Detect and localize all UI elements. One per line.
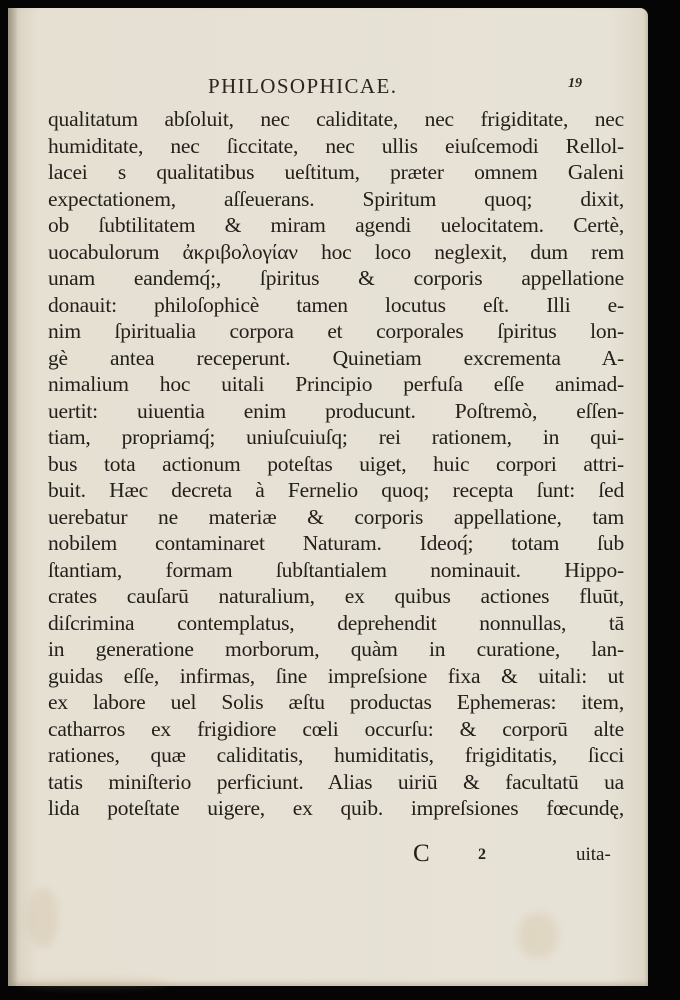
text-line: catharros ex frigidiore cœli occurſu: & … bbox=[48, 716, 624, 743]
text-line: tatis miniſterio perficiunt. Alias uiriū… bbox=[48, 769, 624, 796]
text-line: humiditate, nec ſiccitate, nec ullis eiu… bbox=[48, 133, 624, 160]
page-footer: C 2 uita- bbox=[8, 840, 648, 870]
text-line: nim ſpiritualia corpora et corporales ſp… bbox=[48, 318, 624, 345]
text-line: uertit: uiuentia enim producunt. Poſtrem… bbox=[48, 398, 624, 425]
text-line: expectationem, aſſeuerans. Spiritum quoq… bbox=[48, 186, 624, 213]
text-line: uerebatur ne materiæ & corporis appellat… bbox=[48, 504, 624, 531]
text-line: gè antea receperunt. Quinetiam excrement… bbox=[48, 345, 624, 372]
text-line: tiam, propriamq́; uniuſcuiuſq; rei ratio… bbox=[48, 424, 624, 451]
paper-stain bbox=[18, 978, 168, 988]
text-line: guidas eſſe, infirmas, ſine impreſsione … bbox=[48, 663, 624, 690]
text-line: ob ſubtilitatem & miram agendi uelocitat… bbox=[48, 212, 624, 239]
body-text: qualitatum abſoluit, nec caliditate, nec… bbox=[48, 106, 624, 822]
text-line: unam eandemq́;, ſpiritus & corporis appe… bbox=[48, 265, 624, 292]
signature-mark: C bbox=[413, 840, 430, 868]
text-line: rationes, quæ caliditatis, humiditatis, … bbox=[48, 742, 624, 769]
catchword: uita- bbox=[576, 844, 611, 866]
paper-stain bbox=[28, 888, 58, 948]
text-line: buit. Hæc decreta à Fernelio quoq; recep… bbox=[48, 477, 624, 504]
text-line: donauit: philoſophicè tamen locutus eſt.… bbox=[48, 292, 624, 319]
text-line: crates cauſarū naturalium, ex quibus act… bbox=[48, 583, 624, 610]
text-line: in generatione morborum, quàm in curatio… bbox=[48, 636, 624, 663]
paper-stain bbox=[518, 913, 558, 958]
text-line: ſtantiam, formam ſubſtantialem nominauit… bbox=[48, 557, 624, 584]
book-page: PHILOSOPHICAE. 19 qualitatum abſoluit, n… bbox=[8, 8, 648, 986]
text-line: bus tota actionum poteſtas uiget, huic c… bbox=[48, 451, 624, 478]
text-line: nobilem contaminaret Naturam. Ideoq́; to… bbox=[48, 530, 624, 557]
text-line: uocabulorum ἀκριβολογίαν hoc loco neglex… bbox=[48, 239, 624, 266]
text-line: ex labore uel Solis æſtu productas Ephem… bbox=[48, 689, 624, 716]
signature-number: 2 bbox=[478, 846, 486, 864]
page-header: PHILOSOPHICAE. 19 bbox=[8, 74, 648, 104]
folio-number: 19 bbox=[568, 76, 582, 92]
text-line: lida poteſtate uigere, ex quib. impreſsi… bbox=[48, 795, 624, 822]
text-line: lacei s qualitatibus ueſtitum, præter om… bbox=[48, 159, 624, 186]
running-title: PHILOSOPHICAE. bbox=[208, 74, 397, 99]
text-line: nimalium hoc uitali Principio perfuſa eſ… bbox=[48, 371, 624, 398]
text-line: diſcrimina contemplatus, deprehendit non… bbox=[48, 610, 624, 637]
text-line: qualitatum abſoluit, nec caliditate, nec… bbox=[48, 106, 624, 133]
